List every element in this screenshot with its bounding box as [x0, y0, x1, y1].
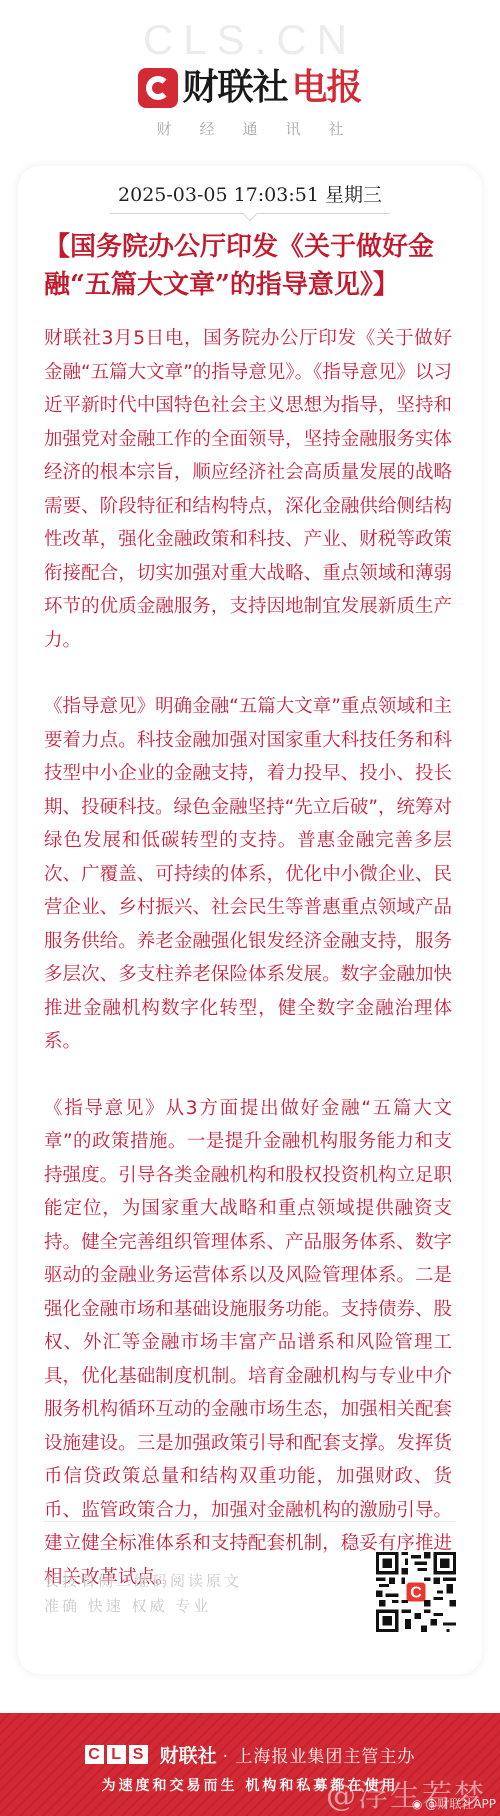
- weibo-source-tag: ◉ @财联社APP: [412, 1795, 496, 1812]
- band-brand-name: 财联社: [160, 1741, 217, 1768]
- article-body: 财联社3月5日电，国务院办公厅印发《关于做好金融“五篇大文章”的指导意见》。《指…: [44, 322, 452, 1594]
- band-organization: · 上海报业集团主管主办: [223, 1742, 416, 1767]
- page-header: CLS.CN 财联社 电报 财经通讯社: [0, 0, 500, 168]
- cls-wordmark: C L S: [85, 1745, 148, 1764]
- footer-divider: [44, 1521, 456, 1522]
- brand-name-telegraph: 电报: [292, 68, 362, 108]
- site-watermark: CLS.CN: [0, 16, 500, 64]
- article-card: 2025-03-05 17:03:51 星期三 【国务院办公厅印发《关于做好金融…: [18, 166, 482, 1674]
- qr-code[interactable]: C: [376, 1552, 456, 1632]
- footer-note: 长按右侧二维码阅读原文 准确 快速 权威 专业: [44, 1569, 242, 1619]
- brand-tagline: 财经通讯社: [0, 118, 500, 139]
- publisher-band: C L S 财联社 · 上海报业集团主管主办 为速度和交易而生 机构和私募都在使…: [0, 1713, 500, 1816]
- article-paragraph: 财联社3月5日电，国务院办公厅印发《关于做好金融“五篇大文章”的指导意见》。《指…: [44, 322, 452, 657]
- cls-logo-icon: [138, 68, 178, 108]
- article-datetime: 2025-03-05 17:03:51 星期三: [110, 180, 390, 214]
- article-title: 【国务院办公厅印发《关于做好金融“五篇大文章”的指导意见》】: [44, 228, 460, 304]
- qr-hint: 长按右侧二维码阅读原文: [44, 1569, 242, 1594]
- article-paragraph: 《指导意见》从3方面提出做好金融“五篇大文章”的政策措施。一是提升金融机构服务能…: [44, 1092, 452, 1595]
- article-paragraph: 《指导意见》明确金融“五篇大文章”重点领域和主要着力点。科技金融加强对国家重大科…: [44, 690, 452, 1059]
- svg-text:C: C: [410, 1584, 422, 1601]
- brand-logo-row: 财联社 电报: [0, 68, 500, 108]
- slogan: 准确 快速 权威 专业: [44, 1594, 242, 1619]
- weibo-icon: ◉: [412, 1797, 422, 1811]
- brand-name: 财联社: [182, 68, 287, 108]
